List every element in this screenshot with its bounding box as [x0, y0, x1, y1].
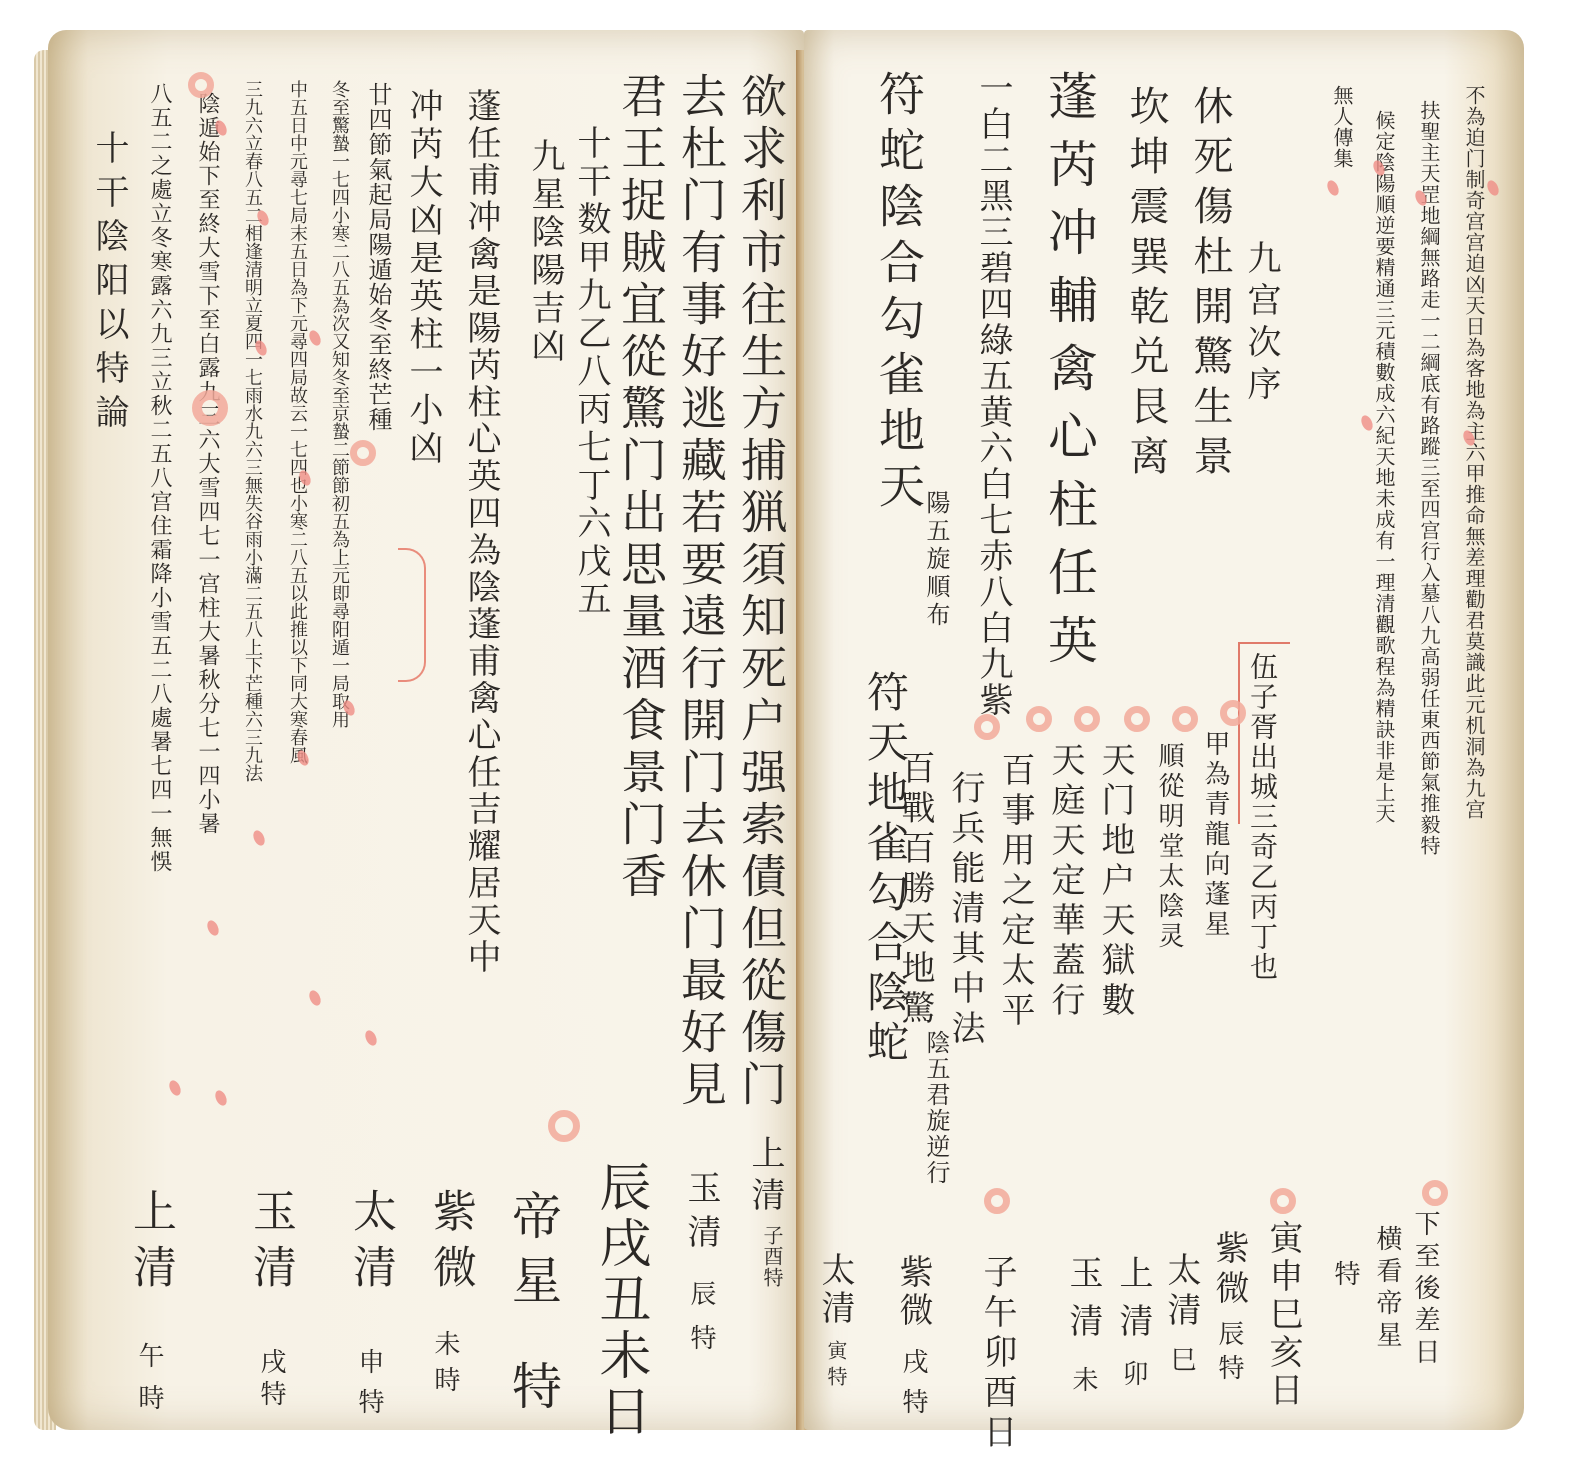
right-table-star-1: 紫微 — [1212, 1230, 1246, 1310]
note-after-solstice: 下至後差日 — [1412, 1210, 1438, 1370]
left-table-star-5: 太清 — [348, 1188, 392, 1300]
red-seal-mark — [192, 390, 228, 426]
right-table-day-1: 寅申巳亥日 — [1266, 1220, 1300, 1410]
left-col-13: 八五二之處立冬寒露六九三立秋二五八宫住霜降小雪五二八處暑七四一無悞 — [148, 82, 170, 874]
red-dot-mark — [167, 1079, 183, 1098]
right-table-hour-4: 未 — [1070, 1366, 1096, 1394]
verse-line-4: 天庭天定華蓋行 — [1048, 742, 1082, 1022]
right-col-4: 無人傳集 — [1332, 85, 1352, 169]
red-dot-mark — [205, 919, 221, 938]
left-table-star-2: 玉清 — [684, 1170, 718, 1258]
red-dot-mark — [307, 329, 323, 348]
left-table-hour-6: 戌特 — [258, 1348, 284, 1412]
boxed-title: 伍子胥出城三奇乙丙丁也 — [1248, 652, 1276, 982]
right-col-nine-colors: 一白二黑三碧四綠五黄六白七赤八白九紫 — [976, 70, 1010, 718]
red-seal-mark — [548, 1110, 580, 1142]
left-table-hour-5: 申特 — [356, 1348, 382, 1428]
open-book: 欲求利市往生方捕猟須知死户强索債但從傷门 去杜门有事好逃藏若要遠行開门去休门最好… — [48, 30, 1528, 1450]
right-table-star-4: 玉清 — [1066, 1255, 1100, 1351]
note-hour-mark: 特 — [1332, 1260, 1358, 1288]
red-seal-mark — [1026, 706, 1052, 732]
left-table-star-6: 玉清 — [248, 1188, 292, 1300]
right-col-yin-note: 陰五君旋逆行 — [924, 1030, 948, 1186]
verse-line-2: 順從明堂太陰灵 — [1156, 742, 1182, 952]
red-seal-mark — [1220, 700, 1246, 726]
red-seal-mark — [1270, 1188, 1296, 1214]
note-emperor-star: 横看帝星 — [1374, 1225, 1400, 1353]
left-col-7: 冲芮大凶是英柱一小凶 — [406, 88, 440, 468]
right-col-eight-gates: 休死傷杜開驚生景 — [1190, 85, 1230, 485]
red-dot-mark — [213, 1089, 229, 1108]
left-col-14: 十干陰阳以特論 — [92, 130, 126, 438]
right-table-day-2: 子午卯酉日 — [980, 1254, 1014, 1454]
verse-line-3: 天门地户天獄數 — [1098, 742, 1132, 1022]
right-table-hour-6: 寅特 — [826, 1340, 846, 1392]
left-col-8: 廿四節氣起局陽遁始冬至終芒種 — [366, 82, 390, 432]
left-col-1: 欲求利市往生方捕猟須知死户强索債但從傷门 — [738, 72, 784, 1112]
left-col-3: 君王捉賊宜從驚门出思量酒食景门香 — [618, 72, 664, 904]
red-seal-mark — [188, 72, 214, 98]
right-table-star-3: 上清 — [1116, 1255, 1150, 1351]
left-col-4: 十干数甲九乙八丙七丁六戊五 — [574, 125, 608, 619]
right-col-1: 不為迫门制奇宫宫迫凶天日為客地為主六甲推命無差理勸君莫識此元机洞為九宫 — [1464, 85, 1484, 820]
left-table-star-7: 上清 — [128, 1188, 172, 1300]
red-dot-mark — [1485, 179, 1501, 198]
left-table-hour-4: 未時 — [432, 1330, 458, 1402]
right-table-star-5: 紫微 — [896, 1254, 930, 1330]
left-col-11: 三九六立春八五二相逢清明立夏四一七雨水九六三無失谷雨小滿二五八上下芒種六三九法 — [243, 80, 261, 782]
verse-line-1: 甲為青龍向蓬星 — [1202, 730, 1228, 940]
red-dot-mark — [295, 749, 311, 768]
red-seal-mark — [974, 714, 1000, 740]
right-table-hour-2: 巳 — [1168, 1346, 1194, 1374]
left-col-12: 陰遁始下至終大雪下至白露九三六大雪四七一宫柱大暑秋分七一四小暑 — [196, 92, 218, 836]
right-col-yang-spirits: 符蛇陰合勾雀地天 — [876, 70, 922, 518]
left-col-2: 去杜门有事好逃藏若要遠行開门去休门最好見 — [678, 72, 724, 1112]
red-bracket-mark — [398, 548, 426, 682]
right-col-nine-palace-title: 九宫次序 — [1244, 240, 1278, 408]
right-page: 不為迫门制奇宫宫迫凶天日為客地為主六甲推命無差理勸君莫識此元机洞為九宫 扶聖主天… — [804, 30, 1524, 1430]
left-table-hour-3: 特 — [508, 1360, 558, 1416]
right-col-yang-note: 陽五旋順布 — [924, 490, 948, 630]
verse-line-7: 百戰百勝天地驚 — [898, 750, 932, 1030]
verse-line-6: 行兵能清其中法 — [948, 770, 982, 1050]
verse-line-5: 百事用之定太平 — [998, 752, 1032, 1032]
left-table-hour-7: 午時 — [136, 1342, 162, 1426]
left-col-9: 冬至驚蟄一七四小寒二八五為次又知冬至京蟄二節節初五為上元即尋阳遁一局取用 — [330, 80, 348, 728]
right-table-star-2: 太清 — [1164, 1252, 1198, 1332]
left-table-day-group: 辰戌丑未日 — [594, 1160, 646, 1440]
left-table-star-1: 上清 — [748, 1135, 782, 1219]
red-seal-mark — [984, 1188, 1010, 1214]
red-seal-mark — [1124, 706, 1150, 732]
left-table-star-3: 帝星 — [508, 1190, 558, 1318]
right-col-2: 扶聖主天罡地綱無路走一二綱底有路蹤三至四宫行入墓八九高弱任東西節氣推毅特 — [1419, 100, 1439, 856]
red-seal-mark — [1422, 1180, 1448, 1206]
red-seal-mark — [1074, 706, 1100, 732]
right-col-trigrams: 坎坤震巽乾兑艮离 — [1126, 85, 1166, 485]
red-dot-mark — [363, 1029, 379, 1048]
red-dot-mark — [251, 829, 267, 848]
left-table-star-4: 紫微 — [428, 1188, 472, 1300]
red-seal-mark — [1172, 706, 1198, 732]
right-table-hour-1: 辰特 — [1216, 1320, 1242, 1388]
left-col-5: 九星陰陽吉凶 — [528, 138, 562, 366]
left-table-hour-1: 子酉特 — [762, 1225, 782, 1288]
red-dot-mark — [307, 989, 323, 1008]
red-dot-mark — [1325, 179, 1341, 198]
right-table-hour-3: 卯 — [1120, 1360, 1146, 1388]
red-seal-mark — [350, 440, 376, 466]
left-page: 欲求利市往生方捕猟須知死户强索債但從傷门 去杜门有事好逃藏若要遠行開门去休门最好… — [48, 30, 804, 1430]
right-col-nine-stars: 蓬芮冲輔禽心柱任英 — [1044, 70, 1094, 682]
right-table-star-6: 太清 — [818, 1252, 852, 1328]
left-table-hour-2: 辰特 — [688, 1280, 714, 1368]
right-col-3: 候定陰陽順逆要精通三元積數成六紀天地未成有一理清觀歌程為精訣非是上天 — [1374, 110, 1394, 824]
left-col-10: 中五日中元尋七局末五日為下元尋四局故云一七四也小寒二八五以此推以下同大寒春風 — [288, 80, 306, 764]
right-table-hour-5: 戌特 — [900, 1348, 926, 1428]
left-col-6: 蓬任甫冲禽是陽芮柱心英四為陰蓬甫禽心任吉耀居天中 — [464, 88, 498, 976]
